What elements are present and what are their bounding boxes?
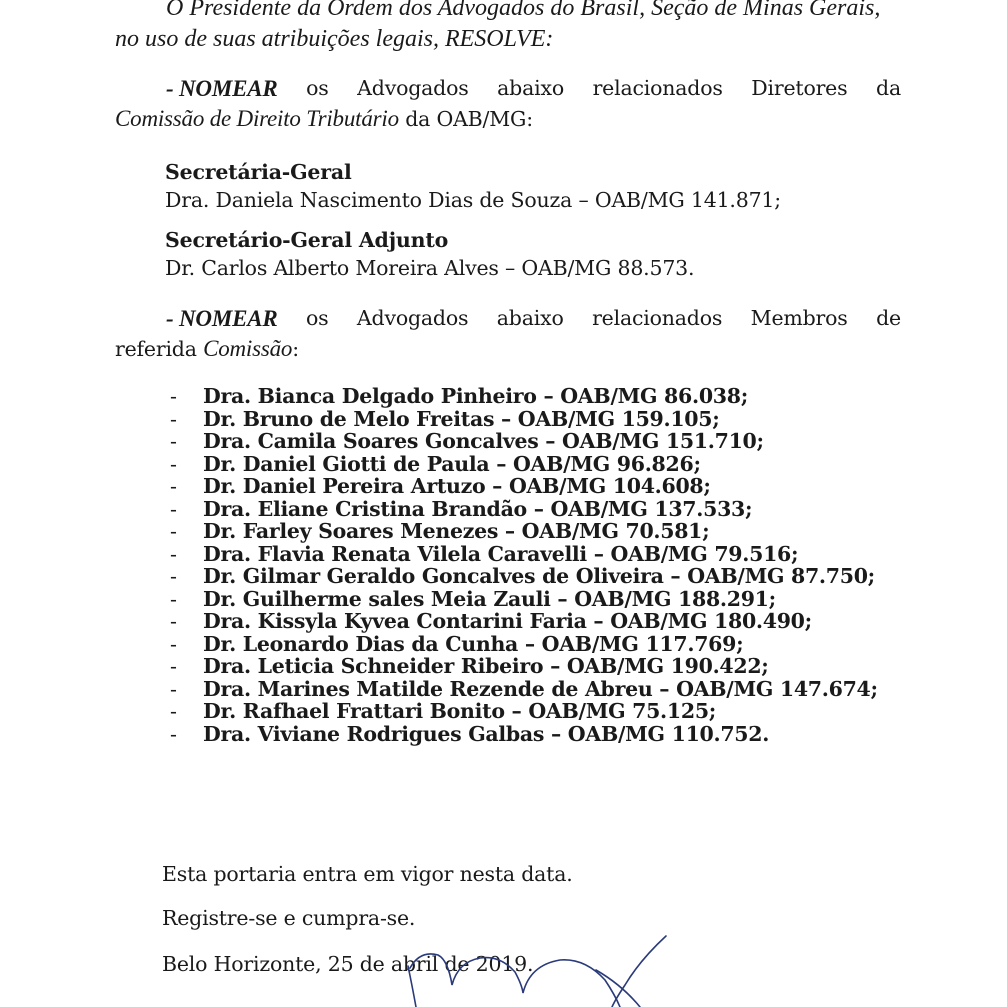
document-page: O Presidente da Ordem dos Advogados do B… xyxy=(0,0,1007,1007)
signature-icon xyxy=(0,0,1007,1007)
